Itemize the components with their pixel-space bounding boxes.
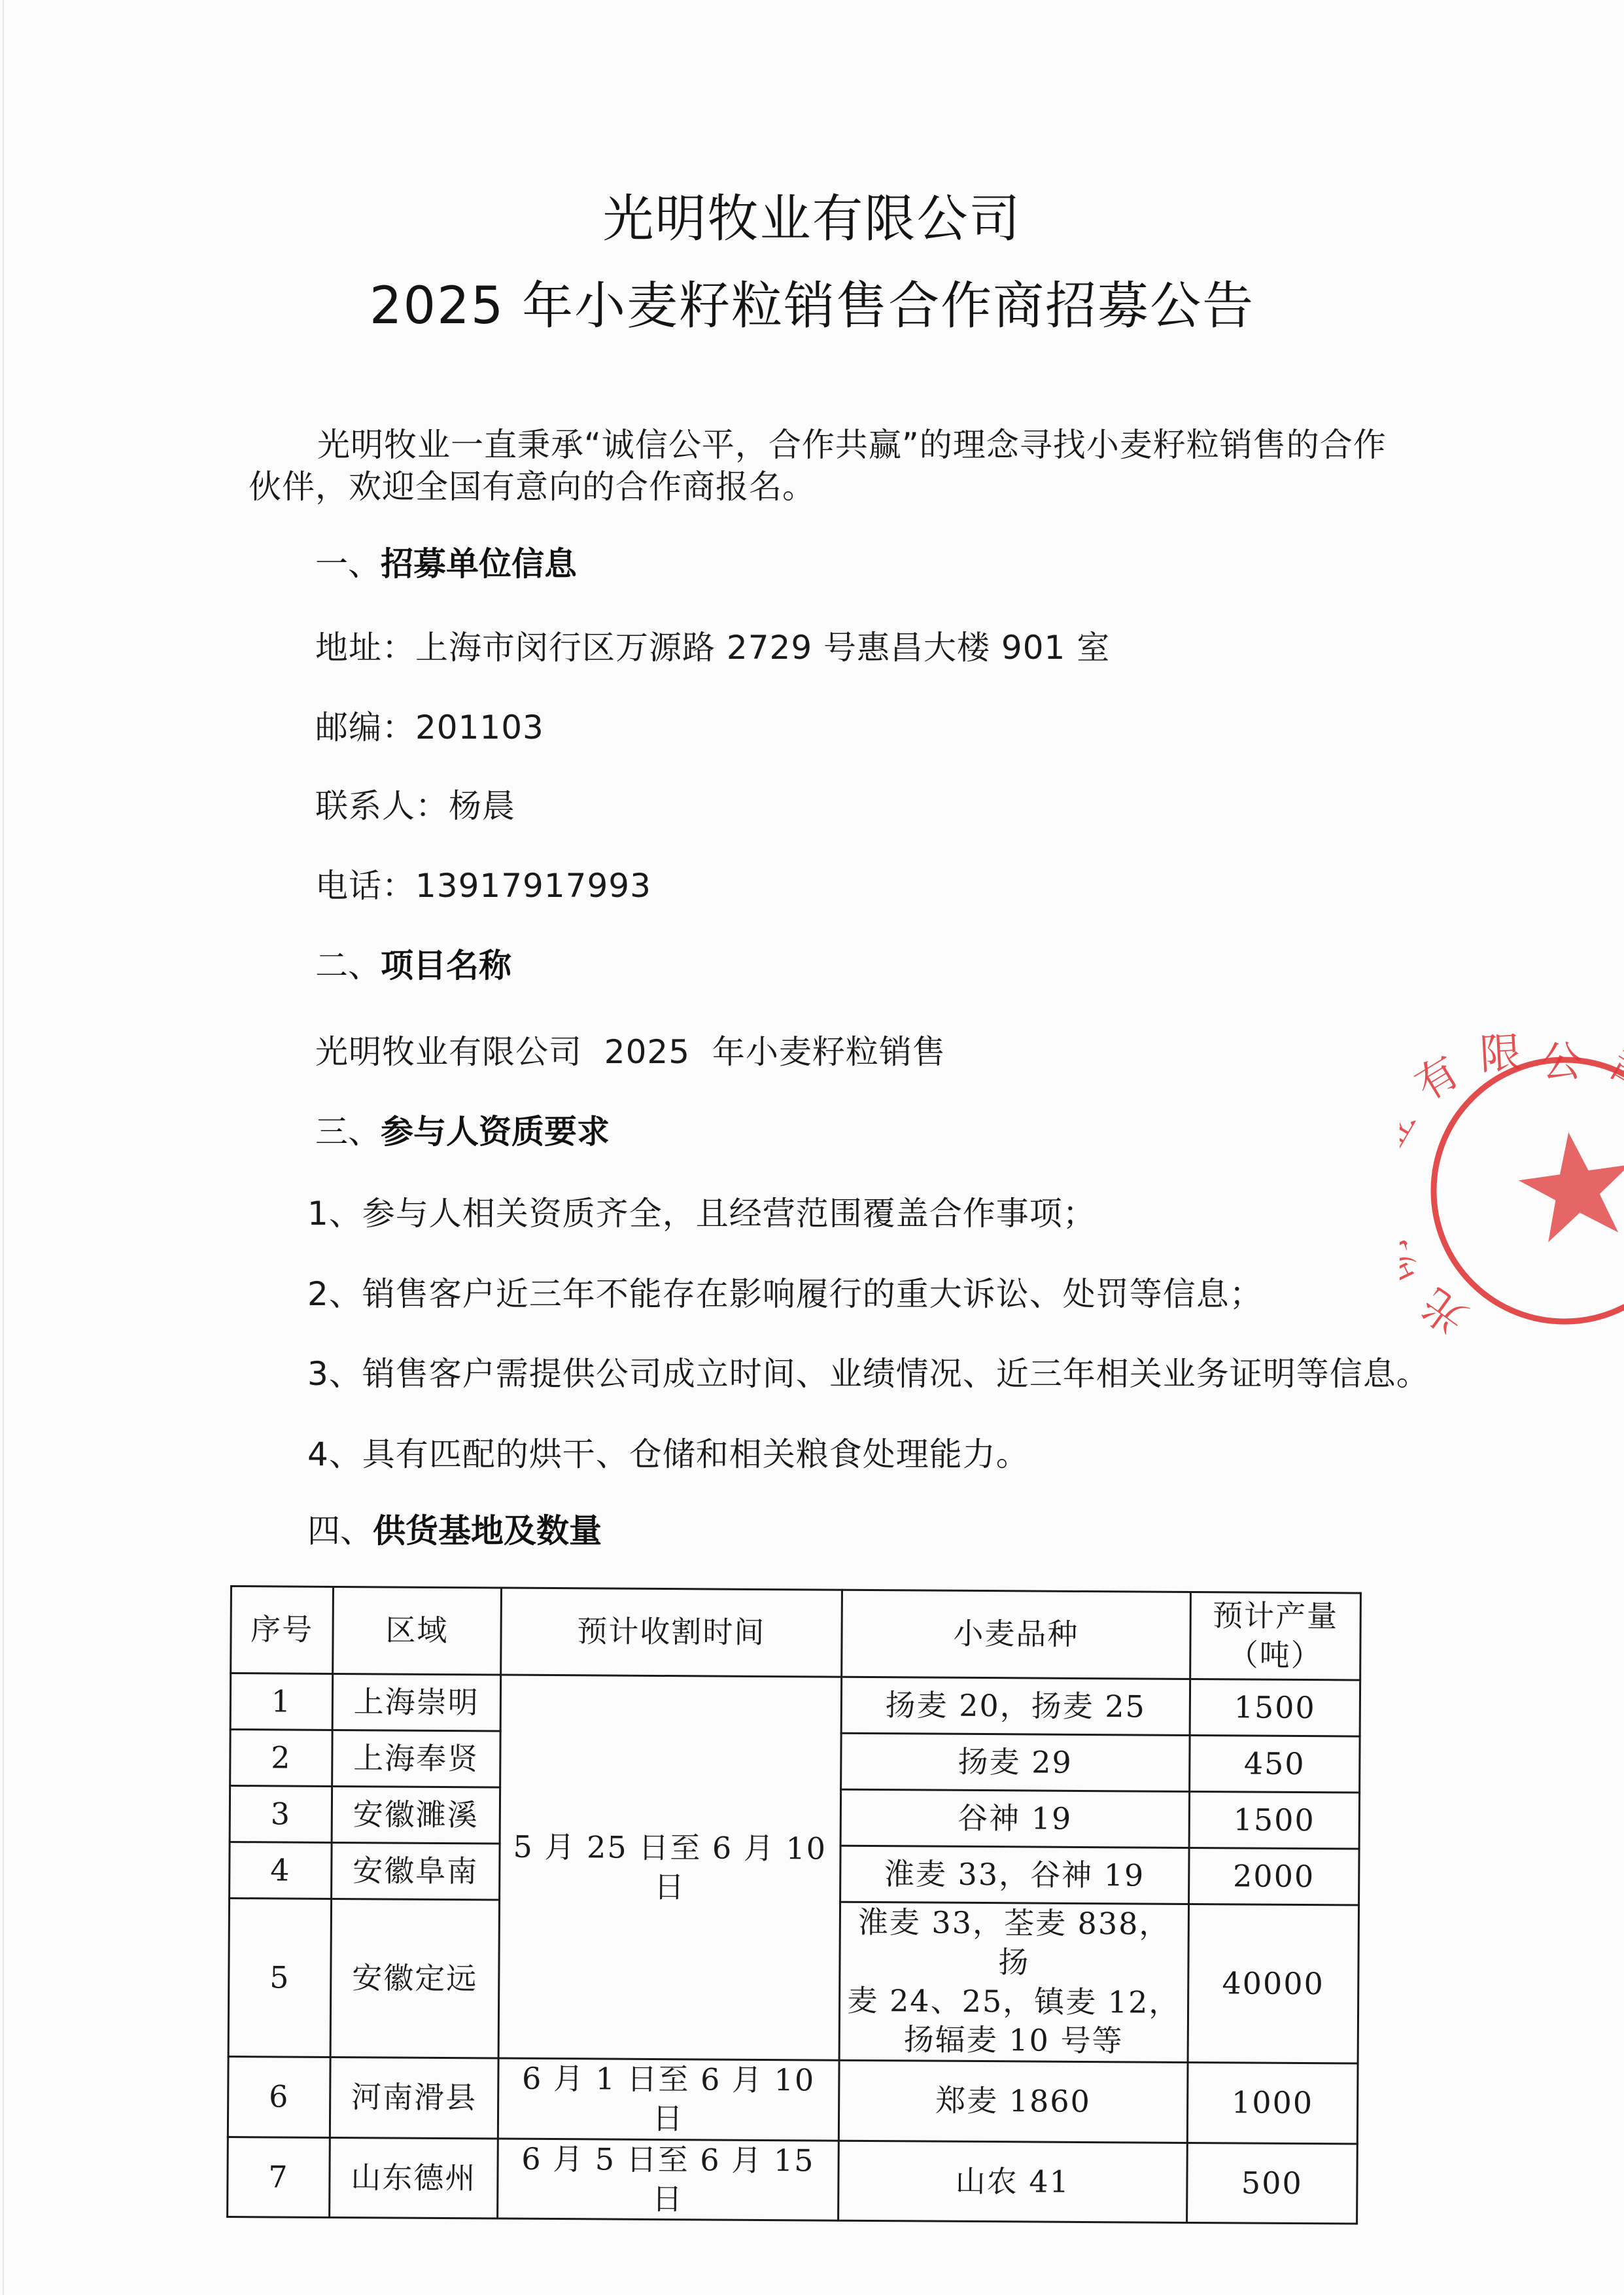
header-variety: 小麦品种 [842, 1590, 1191, 1679]
cell-harvest-time-shared: 5 月 25 日至 6 月 10 日 [498, 1675, 842, 2060]
cell-variety-line: 麦 24、25，镇麦 12， [844, 1981, 1183, 2022]
header-yield-unit: （吨） [1195, 1636, 1356, 1675]
cell-region: 安徽阜南 [332, 1842, 500, 1900]
cell-region: 安徽定远 [330, 1899, 499, 2058]
cell-variety: 谷神 19 [840, 1789, 1189, 1848]
cell-variety: 扬麦 20，扬麦 25 [841, 1677, 1190, 1735]
contact-line: 联系人：杨晨 [315, 780, 515, 827]
header-no: 序号 [231, 1586, 334, 1674]
announcement-title: 2025 年小麦籽粒销售合作商招募公告 [0, 265, 1624, 338]
section2-number: 二、 [315, 947, 381, 985]
cell-variety: 郑麦 1860 [838, 2060, 1188, 2143]
requirement-item: 1、参与人相关资质齐全，且经营范围覆盖合作事项； [307, 1187, 1096, 1235]
section3-heading: 三、参与人资质要求 [315, 1106, 610, 1153]
cell-region: 上海崇明 [332, 1673, 500, 1731]
table-row: 7 山东德州 6 月 5 日至 6 月 15 日 山农 41 500 [228, 2137, 1358, 2224]
seal-icon: 光明牧业有限公司 [1400, 1034, 1624, 1348]
section1-heading: 一、招募单位信息 [315, 538, 577, 585]
cell-yield: 1000 [1187, 2063, 1358, 2144]
postcode-line: 邮编：201103 [315, 701, 544, 748]
cell-no: 6 [228, 2057, 330, 2138]
cell-region: 河南滑县 [330, 2058, 498, 2139]
header-yield-label: 预计产量 [1195, 1596, 1356, 1636]
cell-yield: 1500 [1190, 1679, 1360, 1736]
cell-variety: 山农 41 [838, 2141, 1187, 2223]
cell-yield: 450 [1189, 1735, 1360, 1793]
cell-harvest-time: 6 月 1 日至 6 月 10 日 [498, 2058, 839, 2141]
cell-region: 安徽濉溪 [332, 1786, 500, 1844]
cell-region: 上海奉贤 [332, 1730, 500, 1787]
cell-no: 5 [228, 1899, 331, 2058]
cell-yield: 500 [1186, 2143, 1357, 2224]
company-seal: 光明牧业有限公司 [1400, 1034, 1624, 1348]
section2-title: 项目名称 [381, 947, 511, 985]
cell-no: 4 [230, 1842, 332, 1899]
section4-heading: 四、供货基地及数量 [307, 1505, 602, 1552]
phone-line: 电话：13917917993 [315, 860, 651, 907]
cell-variety-line: 淮麦 33，荃麦 838，扬 [844, 1903, 1184, 1984]
section1-number: 一、 [315, 545, 381, 583]
header-region: 区域 [333, 1586, 501, 1675]
address-line: 地址：上海市闵行区万源路 2729 号惠昌大楼 901 室 [315, 622, 1110, 669]
section4-number: 四、 [307, 1512, 373, 1550]
cell-variety-line: 扬辐麦 10 号等 [844, 2020, 1183, 2061]
project-name-line: 光明牧业有限公司 2025 年小麦籽粒销售 [315, 1026, 946, 1073]
table-header-row: 序号 区域 预计收割时间 小麦品种 预计产量 （吨） [231, 1586, 1361, 1681]
cell-yield: 2000 [1188, 1848, 1359, 1905]
cell-yield: 1500 [1189, 1791, 1360, 1849]
cell-no: 7 [228, 2137, 330, 2218]
cell-no: 2 [230, 1730, 333, 1787]
scan-edge [3, 0, 4, 2295]
header-yield: 预计产量 （吨） [1190, 1592, 1360, 1680]
cell-yield: 40000 [1188, 1904, 1359, 2063]
requirement-item: 4、具有匹配的烘干、仓储和相关粮食处理能力。 [307, 1428, 1029, 1475]
cell-no: 1 [230, 1673, 333, 1730]
section3-title: 参与人资质要求 [381, 1113, 610, 1151]
cell-variety: 淮麦 33，荃麦 838，扬 麦 24、25，镇麦 12， 扬辐麦 10 号等 [839, 1902, 1188, 2062]
cell-region: 山东德州 [330, 2137, 498, 2218]
requirement-item: 2、销售客户近三年不能存在影响履行的重大诉讼、处罚等信息； [307, 1268, 1263, 1315]
table-row: 1 上海崇明 5 月 25 日至 6 月 10 日 扬麦 20，扬麦 25 15… [230, 1673, 1360, 1737]
section1-title: 招募单位信息 [381, 545, 577, 583]
document-page: 光明牧业有限公司 2025 年小麦籽粒销售合作商招募公告 光明牧业一直秉承“诚信… [0, 0, 1624, 2295]
section4-title: 供货基地及数量 [373, 1512, 602, 1550]
requirement-item: 3、销售客户需提供公司成立时间、业绩情况、近三年相关业务证明等信息。 [307, 1348, 1430, 1395]
header-harvest-time: 预计收割时间 [500, 1588, 842, 1677]
cell-no: 3 [230, 1786, 332, 1843]
cell-variety: 淮麦 33，谷神 19 [840, 1846, 1188, 1904]
company-title: 光明牧业有限公司 [0, 178, 1624, 251]
section2-heading: 二、项目名称 [315, 939, 511, 987]
cell-harvest-time: 6 月 5 日至 6 月 15 日 [497, 2139, 838, 2221]
table-row: 6 河南滑县 6 月 1 日至 6 月 10 日 郑麦 1860 1000 [228, 2057, 1358, 2144]
cell-variety: 扬麦 29 [840, 1733, 1189, 1791]
section3-number: 三、 [315, 1113, 381, 1151]
intro-paragraph-line1: 光明牧业一直秉承“诚信公平，合作共赢”的理念寻找小麦籽粒销售的合作 [317, 419, 1387, 466]
supply-base-table: 序号 区域 预计收割时间 小麦品种 预计产量 （吨） 1 上海崇明 5 月 25… [226, 1585, 1362, 2225]
intro-paragraph-line2: 伙伴，欢迎全国有意向的合作商报名。 [249, 461, 816, 508]
